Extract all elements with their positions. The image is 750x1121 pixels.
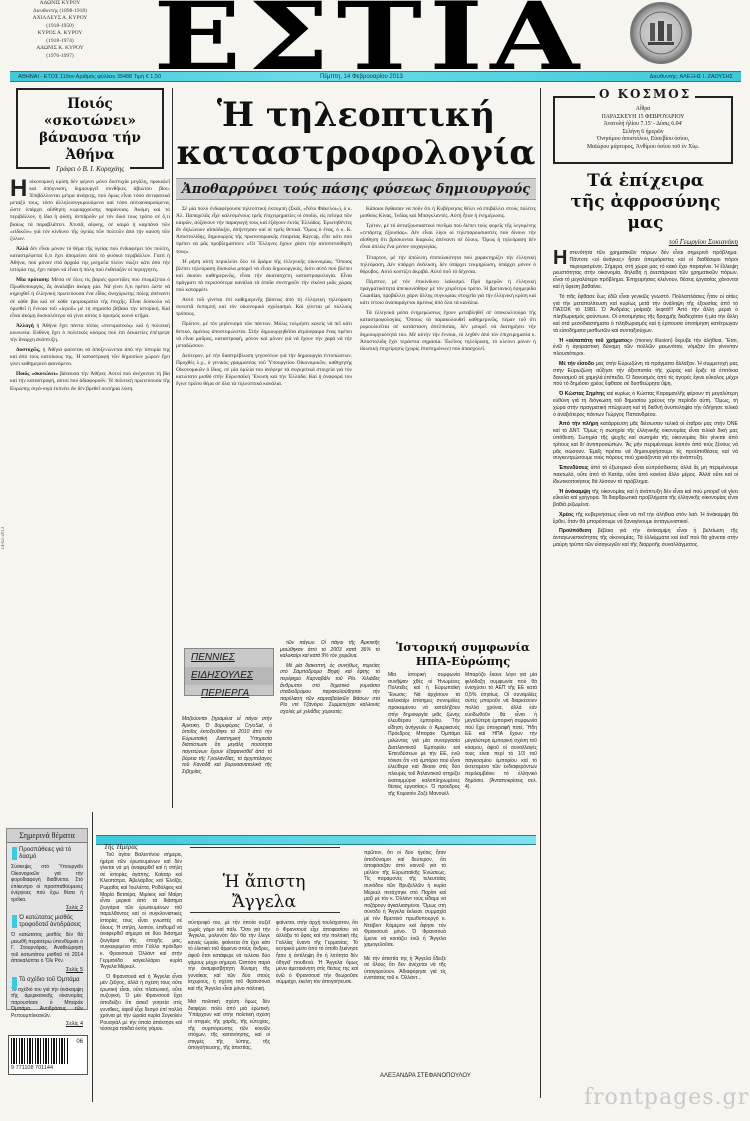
- kosmos-title: Ο ΚΟΣΜΟΣ: [595, 91, 695, 99]
- right-article-title: Τά ἐπίχειρα τῆς ἀφροσύνης μας: [553, 171, 738, 234]
- sidebar-title: Σημερινά θέματα: [7, 829, 87, 843]
- founder-name: ΑΔΩΝΙΣ ΚΥΡΟΥ: [20, 0, 100, 8]
- page-link[interactable]: Σελίς 2: [11, 905, 83, 911]
- director-name: Διευθυντής: ΑΛΕΞΗΣ Ι. ΖΑΟΥΣΗΣ: [650, 72, 733, 82]
- left-article: Ποιός «σκοτώνει» βάναυσα τήν Ἀθήνα Γράφε…: [10, 88, 170, 808]
- angela-col-1: σύντροφό του, μέ τήν ὁποία συζεῖ χωρίς γ…: [188, 920, 270, 1052]
- history-col-1: Μία ἱστορική συμφωνία συνῆψαν χθές οἱ Ἡν…: [388, 672, 460, 797]
- angela-col-2: φαίνεται, στήν ἀρχή τουλάχιστον, ὅτι ὁ Φ…: [276, 920, 358, 986]
- main-subhead: Ἀποθαρρύνει τούς πάσης φύσεως δημιουργού…: [182, 182, 530, 197]
- right-article: Τά ἐπίχειρα τῆς ἀφροσύνης μας τοῦ Γεωργί…: [553, 168, 738, 552]
- pennies-logo: ΠΕΝΝΙΕΣ ΕΙΔΗΣΟΥΛΕΣ ΠΕΡΙΕΡΓΑ: [184, 648, 274, 696]
- history-article-title: Ἱστορική συμφωνία ΗΠΑ-Εὐρώπης: [388, 640, 538, 668]
- day-band-title: Τῆς Ἡμέρας: [96, 843, 138, 851]
- pennies-col-b: τῶν πάγων. Οἱ πάγοι τῆς Ἀρκτικῆς μειώθηκ…: [280, 640, 380, 719]
- angela-rule-bottom: [190, 912, 340, 913]
- day-band: Τῆς Ἡμέρας: [96, 835, 536, 845]
- issue-number: ΑΘΗΝΑΙ - ΕΤΟΣ 119ον Αριθμός φύλλου 39488…: [18, 72, 161, 82]
- founder-years: (1918-1974): [20, 38, 100, 46]
- pennies-col-a: Μαζεύονται ξηραμένα οἱ πάγοι στήν Ἀρκτικ…: [182, 716, 272, 775]
- angela-byline: ΑΛΕΞΑΝΔΡΑ ΣΤΕΦΑΝΟΠΟΥΛΟΥ: [380, 1073, 471, 1079]
- founder-name: ΚΥΡΟΣ Α. ΚΥΡΟΥ: [20, 30, 100, 38]
- issue-info-bar: ΑΘΗΝΑΙ - ΕΤΟΣ 119ον Αριθμός φύλλου 39488…: [10, 71, 741, 82]
- todays-topics-sidebar: Σημερινά θέματα Προσπάθειες γιά τό δασμό…: [6, 828, 88, 1010]
- founder-years: (1918-1950): [20, 23, 100, 31]
- left-article-body: Ηοἰκονομική κρίση δέν φέρνει μόνο δυστυχ…: [10, 179, 170, 393]
- left-article-title: Ποιός «σκοτώνει» βάναυσα τήν Ἀθήνα: [22, 96, 158, 164]
- main-article: Ἡ τηλεοπτική καταστροφολογία Ἀποθαρρύνει…: [176, 88, 536, 391]
- pennies-section: ΠΕΝΝΙΕΣ ΕΙΔΗΣΟΥΛΕΣ ΠΕΡΙΕΡΓΑ Μαζεύονται ξ…: [176, 638, 384, 808]
- column-divider: [92, 812, 93, 1102]
- history-article: Ἱστορική συμφωνία ΗΠΑ-Εὐρώπης Μία ἱστορι…: [388, 640, 538, 797]
- main-subhead-band: Ἀποθαρρύνει τούς πάσης φύσεως δημιουργού…: [176, 178, 536, 200]
- sidebar-item[interactable]: Προσπάθειες γιά τό δασμό Σύσκεψις στό Ὑπ…: [11, 847, 83, 911]
- right-article-body: Ηστενότητα τῶν χρηματικῶν πόρων δέν εἶνα…: [553, 250, 738, 549]
- angela-title: Ἡ ἄπιστη Ἄγγελα: [188, 872, 340, 912]
- founder-years: Διευθυντής (1898-1918): [20, 8, 100, 16]
- founder-years: (1976-1997): [20, 53, 100, 61]
- hestia-seal-icon: [630, 2, 692, 64]
- page-link[interactable]: Σελίς 4: [11, 1021, 83, 1027]
- page-link[interactable]: Σελίς 5: [11, 967, 83, 973]
- left-article-byline: Γράφει ὁ Β. Ι. Κοραχάης: [50, 165, 130, 173]
- sidebar-item[interactable]: Τό σχέδιο τοῦ Ὀμπάμα Τό σχέδιό του γιά τ…: [11, 977, 83, 1028]
- kosmos-box: Ο ΚΟΣΜΟΣ Αἶθρα ΠΑΡΑΣΚΕΥΗ 15 ΦΕΒΡΟΥΑΡΙΟΥ …: [553, 96, 733, 164]
- founders-list: ΑΔΩΝΙΣ ΚΥΡΟΥ Διευθυντής (1898-1918) ΑΧΙΛ…: [20, 0, 100, 60]
- founder-name: ΑΧΙΛΛΕΥΣ Α. ΚΥΡΟΥ: [20, 15, 100, 23]
- right-article-byline: τοῦ Γεωργίου Συκιανάκη: [553, 238, 738, 246]
- main-headline: Ἡ τηλεοπτική καταστροφολογία: [176, 96, 536, 172]
- barcode-bars-icon: [11, 1038, 69, 1064]
- column-divider: [172, 88, 173, 808]
- dropcap: Η: [553, 250, 567, 266]
- history-col-2: Μπαρόζο ἔκανε λόγο γιά μία φιλόδοξη συμφ…: [465, 672, 537, 797]
- column-divider: [540, 88, 541, 1098]
- masthead-title: ΕΣΤΙΑ: [138, 0, 602, 74]
- angela-rule-top: [190, 847, 340, 848]
- main-article-col-2: Κάποιοι ἔφθασαν νά ποῦν ὅτι ἡ Κυβέρνησις…: [360, 206, 536, 391]
- left-article-title-box: Ποιός «σκοτώνει» βάναυσα τήν Ἀθήνα: [16, 88, 164, 169]
- barcode: 06 9 771108 701144: [8, 1035, 88, 1075]
- sidebar-item[interactable]: Ὁ κατώτατος μισθός τροφοδοτεῖ ἀντιδράσει…: [11, 915, 83, 973]
- angela-col-3: πρῶτον, ὅτι οἱ δύο ἡγέτες ἦταν ἀποδύναμο…: [364, 850, 446, 982]
- vertical-date: 14-02-2013: [1, 480, 9, 550]
- watermark: frontpages.gr: [584, 1085, 749, 1110]
- dropcap: Η: [10, 179, 27, 199]
- issue-date: Πέμπτη, 14 Φεβρουαρίου 2013: [320, 72, 403, 82]
- founder-name: ΑΔΩΝΙΣ Κ. ΚΥΡΟΥ: [20, 45, 100, 53]
- main-article-col-1: Σέ μία πολύ ἐνδιαφέρουσα τηλεοπτική ἐκπο…: [176, 206, 352, 391]
- day-column-text: Τοῦ ἁγίου Βαλεντίνου σήμερα, ἡμέρα τῶν ἐ…: [100, 852, 182, 1036]
